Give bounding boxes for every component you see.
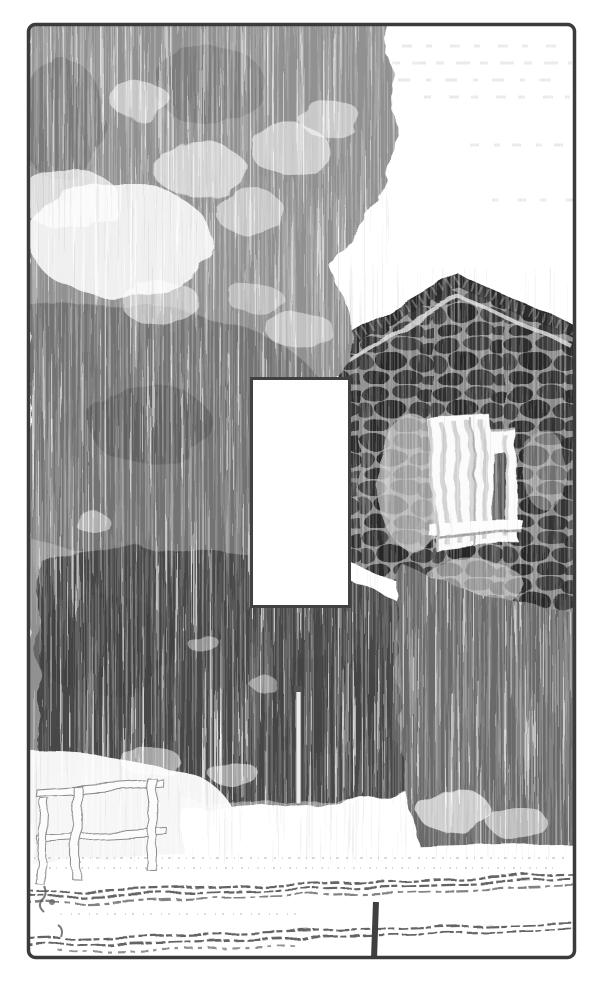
screenshot-root — [0, 0, 600, 984]
sketch-artwork — [0, 0, 600, 984]
switch-cutout — [252, 379, 350, 607]
plate-scene — [20, 20, 577, 958]
gate-post-right — [147, 778, 158, 872]
gate-post-mid — [71, 786, 82, 878]
